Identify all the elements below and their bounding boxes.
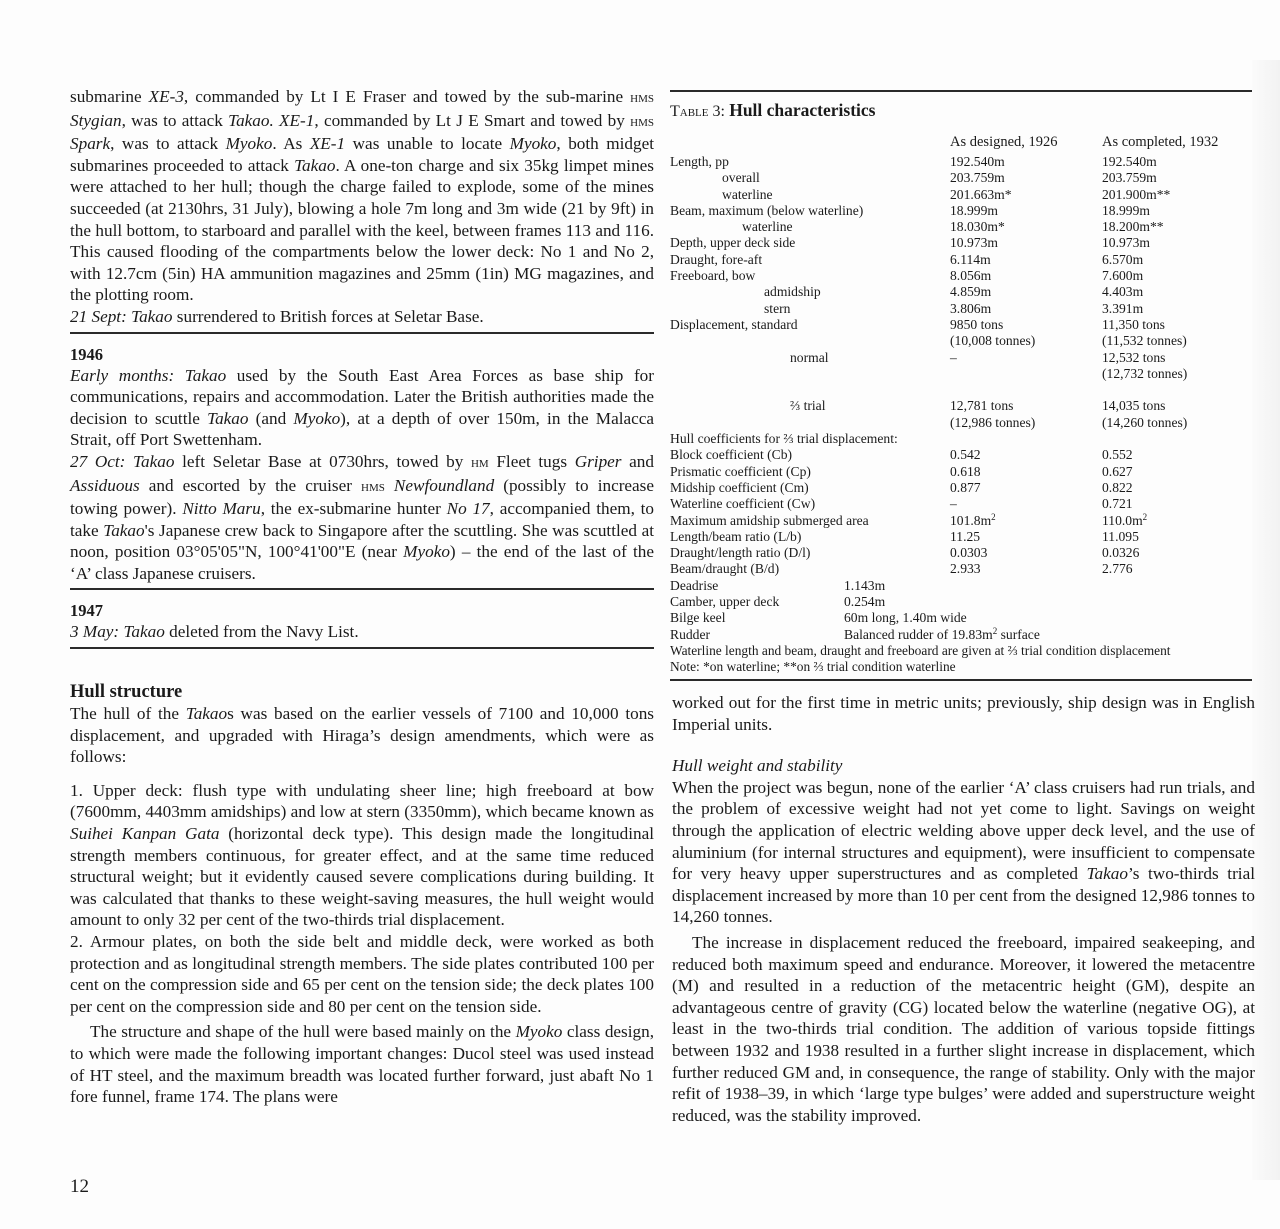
row-label: Deadrise <box>670 578 718 594</box>
completed-value: (14,260 tonnes) <box>1102 415 1187 431</box>
ship-name: Takao <box>185 366 226 385</box>
table-row <box>670 382 1252 398</box>
table-footnote: Waterline length and beam, draught and f… <box>670 643 1252 659</box>
row-label: stern <box>764 301 790 317</box>
completed-value: (11,532 tonnes) <box>1102 333 1187 349</box>
designed-value: 201.663m* <box>950 187 1012 203</box>
intro-paragraph: submarine XE-3, commanded by Lt I E Fras… <box>70 86 654 306</box>
table-row: Beam, maximum (below waterline)18.999m18… <box>670 203 1252 219</box>
table-note: Note: *on waterline; **on ⅔ trial condit… <box>670 659 1252 675</box>
row-label: Prismatic coefficient (Cp) <box>670 464 811 480</box>
designed-value: 18.030m* <box>950 219 1005 235</box>
table-row: admidship4.859m4.403m <box>670 284 1252 300</box>
hull-item-2: 2. Armour plates, on both the side belt … <box>70 931 654 1017</box>
designed-value: – <box>950 350 957 366</box>
row-value: Balanced rudder of 19.83m2 surface <box>844 627 1040 643</box>
small-caps-text: hms <box>630 114 654 130</box>
sept-entry: 21 Sept: Takao surrendered to British fo… <box>70 306 654 328</box>
italic-text: Myoko <box>510 134 557 153</box>
designed-value: (10,008 tonnes) <box>950 333 1035 349</box>
designed-value: 10.973m <box>950 235 998 251</box>
table-row: Draught/length ratio (D/l)0.03030.0326 <box>670 545 1252 561</box>
designed-value: 9850 tons <box>950 317 1003 333</box>
table-body: Length, pp192.540m192.540moverall203.759… <box>670 154 1252 578</box>
small-caps-text: hms <box>630 90 654 106</box>
text: . A one-ton charge and six 35kg limpet m… <box>70 156 654 305</box>
table-row: Freeboard, bow8.056m7.600m <box>670 268 1252 284</box>
table-row: Draught, fore-aft6.114m6.570m <box>670 252 1252 268</box>
row-label: Block coefficient (Cb) <box>670 447 792 463</box>
entry-date: 3 May: <box>70 622 123 641</box>
designed-value: 18.999m <box>950 203 998 219</box>
table-row: Displacement, standard9850 tons11,350 to… <box>670 317 1252 333</box>
right-column: worked out for the first time in metric … <box>672 692 1255 1126</box>
section-divider <box>70 332 654 334</box>
entry-text: surrendered to British forces at Seletar… <box>173 307 484 326</box>
table-row: (12,732 tonnes) <box>670 366 1252 382</box>
table-row: Deadrise1.143m <box>670 578 1252 594</box>
row-label: overall <box>722 170 760 186</box>
designed-value: 101.8m2 <box>950 513 996 529</box>
text: The hull of the <box>70 704 186 723</box>
ship-name: Myoko <box>516 1022 563 1041</box>
table-row: Midship coefficient (Cm)0.8770.822 <box>670 480 1252 496</box>
italic-text: Takao <box>294 156 335 175</box>
designed-value: – <box>950 496 957 512</box>
table-top-rule <box>670 90 1252 92</box>
hull-structure-paragraph: The structure and shape of the hull were… <box>70 1021 654 1107</box>
designed-value: 203.759m <box>950 170 1005 186</box>
table-row: Camber, upper deck0.254m <box>670 594 1252 610</box>
row-label: waterline <box>722 187 773 203</box>
stability-paragraph: The increase in displacement reduced the… <box>672 932 1255 1126</box>
facing-page-bleed <box>1252 60 1280 1180</box>
text: , was to attack <box>110 134 225 153</box>
completed-value: (12,732 tonnes) <box>1102 366 1187 382</box>
row-label: normal <box>790 350 829 366</box>
row-label: Bilge keel <box>670 610 726 626</box>
table-row: Length, pp192.540m192.540m <box>670 154 1252 170</box>
completed-value: 203.759m <box>1102 170 1157 186</box>
text: . As <box>272 134 309 153</box>
text: , was to attack <box>122 111 229 130</box>
row-label: Hull coefficients for ⅔ trial displaceme… <box>670 431 898 447</box>
small-caps-text: hms <box>361 479 385 495</box>
may-entry: 3 May: Takao deleted from the Navy List. <box>70 621 654 643</box>
designed-value: 3.806m <box>950 301 991 317</box>
completed-value: 201.900m** <box>1102 187 1170 203</box>
row-label: waterline <box>742 219 793 235</box>
row-value: 0.254m <box>844 594 885 610</box>
table-row: Waterline coefficient (Cw)–0.721 <box>670 496 1252 512</box>
designed-value: 2.933 <box>950 561 981 577</box>
designed-value: 6.114m <box>950 252 991 268</box>
entry-date: Early months: <box>70 366 185 385</box>
left-column: submarine XE-3, commanded by Lt I E Fras… <box>70 86 654 1108</box>
completed-value: 7.600m <box>1102 268 1143 284</box>
row-label: Beam, maximum (below waterline) <box>670 203 863 219</box>
oct-entry: 27 Oct: Takao left Seletar Base at 0730h… <box>70 451 654 585</box>
table-row: ⅔ trial12,781 tons14,035 tons <box>670 398 1252 414</box>
text: , commanded by Lt J E Smart and towed by <box>314 111 630 130</box>
table-row: normal–12,532 tons <box>670 350 1252 366</box>
italic-text: 27 Oct: Takao <box>70 452 174 471</box>
completed-value: 4.403m <box>1102 284 1143 300</box>
hull-item-1: 1. Upper deck: flush type with undulatin… <box>70 780 654 931</box>
table-bottom-rule <box>670 679 1252 681</box>
section-heading-hull-structure: Hull structure <box>70 681 654 703</box>
table-row: Bilge keel60m long, 1.40m wide <box>670 610 1252 626</box>
subheading-hull-weight: Hull weight and stability <box>672 755 1255 777</box>
completed-value: 3.391m <box>1102 301 1143 317</box>
text: The structure and shape of the hull were… <box>90 1022 516 1041</box>
designed-value: 12,781 tons <box>950 398 1013 414</box>
row-label: Depth, upper deck side <box>670 235 795 251</box>
table-misc-rows: Deadrise1.143mCamber, upper deck0.254mBi… <box>670 578 1252 643</box>
designed-value: 8.056m <box>950 268 991 284</box>
table-row: Prismatic coefficient (Cp)0.6180.627 <box>670 464 1252 480</box>
ship-name: Takao <box>207 409 248 428</box>
italic-text: Assiduous <box>70 476 140 495</box>
text: Fleet tugs <box>489 452 575 471</box>
completed-value: 14,035 tons <box>1102 398 1165 414</box>
table-title: Hull characteristics <box>729 100 875 120</box>
completed-value: 11.095 <box>1102 529 1139 545</box>
row-label: admidship <box>764 284 821 300</box>
section-divider <box>70 588 654 590</box>
early-months-entry: Early months: Takao used by the South Ea… <box>70 365 654 451</box>
entry-text: deleted from the Navy List. <box>165 622 359 641</box>
designed-value: 4.859m <box>950 284 991 300</box>
table-row: Beam/draught (B/d)2.9332.776 <box>670 561 1252 577</box>
completed-value: 12,532 tons <box>1102 350 1165 366</box>
italic-text: Myoko <box>403 542 450 561</box>
italic-text: Spark <box>70 134 110 153</box>
row-label: Draught/length ratio (D/l) <box>670 545 810 561</box>
table-column-headers: As designed, 1926 As completed, 1932 <box>670 134 1252 154</box>
table-row: (10,008 tonnes)(11,532 tonnes) <box>670 333 1252 349</box>
table-row: Hull coefficients for ⅔ trial displaceme… <box>670 431 1252 447</box>
table-row: (12,986 tonnes)(14,260 tonnes) <box>670 415 1252 431</box>
italic-text: Stygian <box>70 111 122 130</box>
table-row: Block coefficient (Cb)0.5420.552 <box>670 447 1252 463</box>
text: was unable to locate <box>345 134 509 153</box>
italic-text: Newfoundland <box>394 476 494 495</box>
italic-text: XE-1 <box>310 134 345 153</box>
row-label: Length/beam ratio (L/b) <box>670 529 801 545</box>
designed-value: 0.0303 <box>950 545 987 561</box>
row-label: Length, pp <box>670 154 729 170</box>
text: left Seletar Base at 0730hrs, towed by <box>174 452 471 471</box>
hull-characteristics-table: Table 3: Hull characteristics As designe… <box>670 90 1252 681</box>
completed-value: 2.776 <box>1102 561 1133 577</box>
row-label: Rudder <box>670 627 710 643</box>
text: 1. Upper deck: flush type with undulatin… <box>70 781 654 822</box>
continuation-paragraph: worked out for the first time in metric … <box>672 692 1255 735</box>
completed-value: 18.200m** <box>1102 219 1164 235</box>
row-label: Midship coefficient (Cm) <box>670 480 809 496</box>
completed-value: 0.721 <box>1102 496 1133 512</box>
text: submarine <box>70 87 149 106</box>
text <box>385 476 394 495</box>
year-heading-1946: 1946 <box>70 344 654 365</box>
row-value: 60m long, 1.40m wide <box>844 610 967 626</box>
ship-name: Takao <box>186 704 227 723</box>
table-row: waterline201.663m*201.900m** <box>670 187 1252 203</box>
table-row: RudderBalanced rudder of 19.83m2 surface <box>670 627 1252 643</box>
row-label: Beam/draught (B/d) <box>670 561 779 577</box>
table-row: overall203.759m203.759m <box>670 170 1252 186</box>
row-label: Camber, upper deck <box>670 594 779 610</box>
row-label: Displacement, standard <box>670 317 798 333</box>
completed-value: 0.0326 <box>1102 545 1139 561</box>
table-row: Maximum amidship submerged area101.8m211… <box>670 513 1252 529</box>
italic-text: No 17 <box>447 499 490 518</box>
table-caption: Table 3: Hull characteristics <box>670 100 1252 122</box>
table-row: stern3.806m3.391m <box>670 301 1252 317</box>
italic-text: Griper <box>575 452 622 471</box>
hull-weight-paragraph: When the project was begun, none of the … <box>672 777 1255 928</box>
table-row: Length/beam ratio (L/b)11.2511.095 <box>670 529 1252 545</box>
completed-value: 10.973m <box>1102 235 1150 251</box>
small-caps-text: hm <box>471 455 489 471</box>
ship-name: Takao <box>123 622 164 641</box>
section-divider <box>70 647 654 649</box>
italic-text: Myoko <box>226 134 273 153</box>
row-label: Maximum amidship submerged area <box>670 513 869 529</box>
page-number: 12 <box>70 1176 89 1198</box>
completed-value: 0.552 <box>1102 447 1133 463</box>
entry-text: (and <box>248 409 293 428</box>
completed-value: 11,350 tons <box>1102 317 1165 333</box>
designed-value: 0.877 <box>950 480 981 496</box>
ship-name: Myoko <box>293 409 340 428</box>
ship-name: Takao <box>1087 864 1128 883</box>
book-page: submarine XE-3, commanded by Lt I E Fras… <box>0 0 1280 1229</box>
row-label: Draught, fore-aft <box>670 252 762 268</box>
completed-value: 110.0m2 <box>1102 513 1147 529</box>
completed-value: 6.570m <box>1102 252 1143 268</box>
ship-name: Takao <box>131 307 172 326</box>
designed-value: (12,986 tonnes) <box>950 415 1035 431</box>
designed-value: 0.618 <box>950 464 981 480</box>
row-label: Waterline coefficient (Cw) <box>670 496 815 512</box>
row-label: ⅔ trial <box>790 398 826 414</box>
italic-text: Takao <box>103 521 144 540</box>
italic-text: Takao. XE-1 <box>228 111 314 130</box>
designed-value: 0.542 <box>950 447 981 463</box>
row-value: 1.143m <box>844 578 885 594</box>
column-header-completed: As completed, 1932 <box>1102 134 1218 151</box>
table-number: Table 3: <box>670 103 725 120</box>
completed-value: 0.627 <box>1102 464 1133 480</box>
italic-text: Nitto Maru <box>182 499 260 518</box>
italic-text: XE-3 <box>149 87 184 106</box>
entry-date: 21 Sept: <box>70 307 131 326</box>
row-label: Freeboard, bow <box>670 268 755 284</box>
year-heading-1947: 1947 <box>70 600 654 621</box>
text: and <box>622 452 654 471</box>
designed-value: 11.25 <box>950 529 980 545</box>
completed-value: 192.540m <box>1102 154 1157 170</box>
hull-structure-intro: The hull of the Takaos was based on the … <box>70 703 654 768</box>
table-row: waterline18.030m*18.200m** <box>670 219 1252 235</box>
text: and escorted by the cruiser <box>140 476 361 495</box>
text: , the ex-submarine hunter <box>261 499 447 518</box>
term: Suihei Kanpan Gata <box>70 824 219 843</box>
text: , commanded by Lt I E Fraser and towed b… <box>184 87 630 106</box>
completed-value: 18.999m <box>1102 203 1150 219</box>
completed-value: 0.822 <box>1102 480 1133 496</box>
table-row: Depth, upper deck side10.973m10.973m <box>670 235 1252 251</box>
designed-value: 192.540m <box>950 154 1005 170</box>
column-header-designed: As designed, 1926 <box>950 134 1058 151</box>
